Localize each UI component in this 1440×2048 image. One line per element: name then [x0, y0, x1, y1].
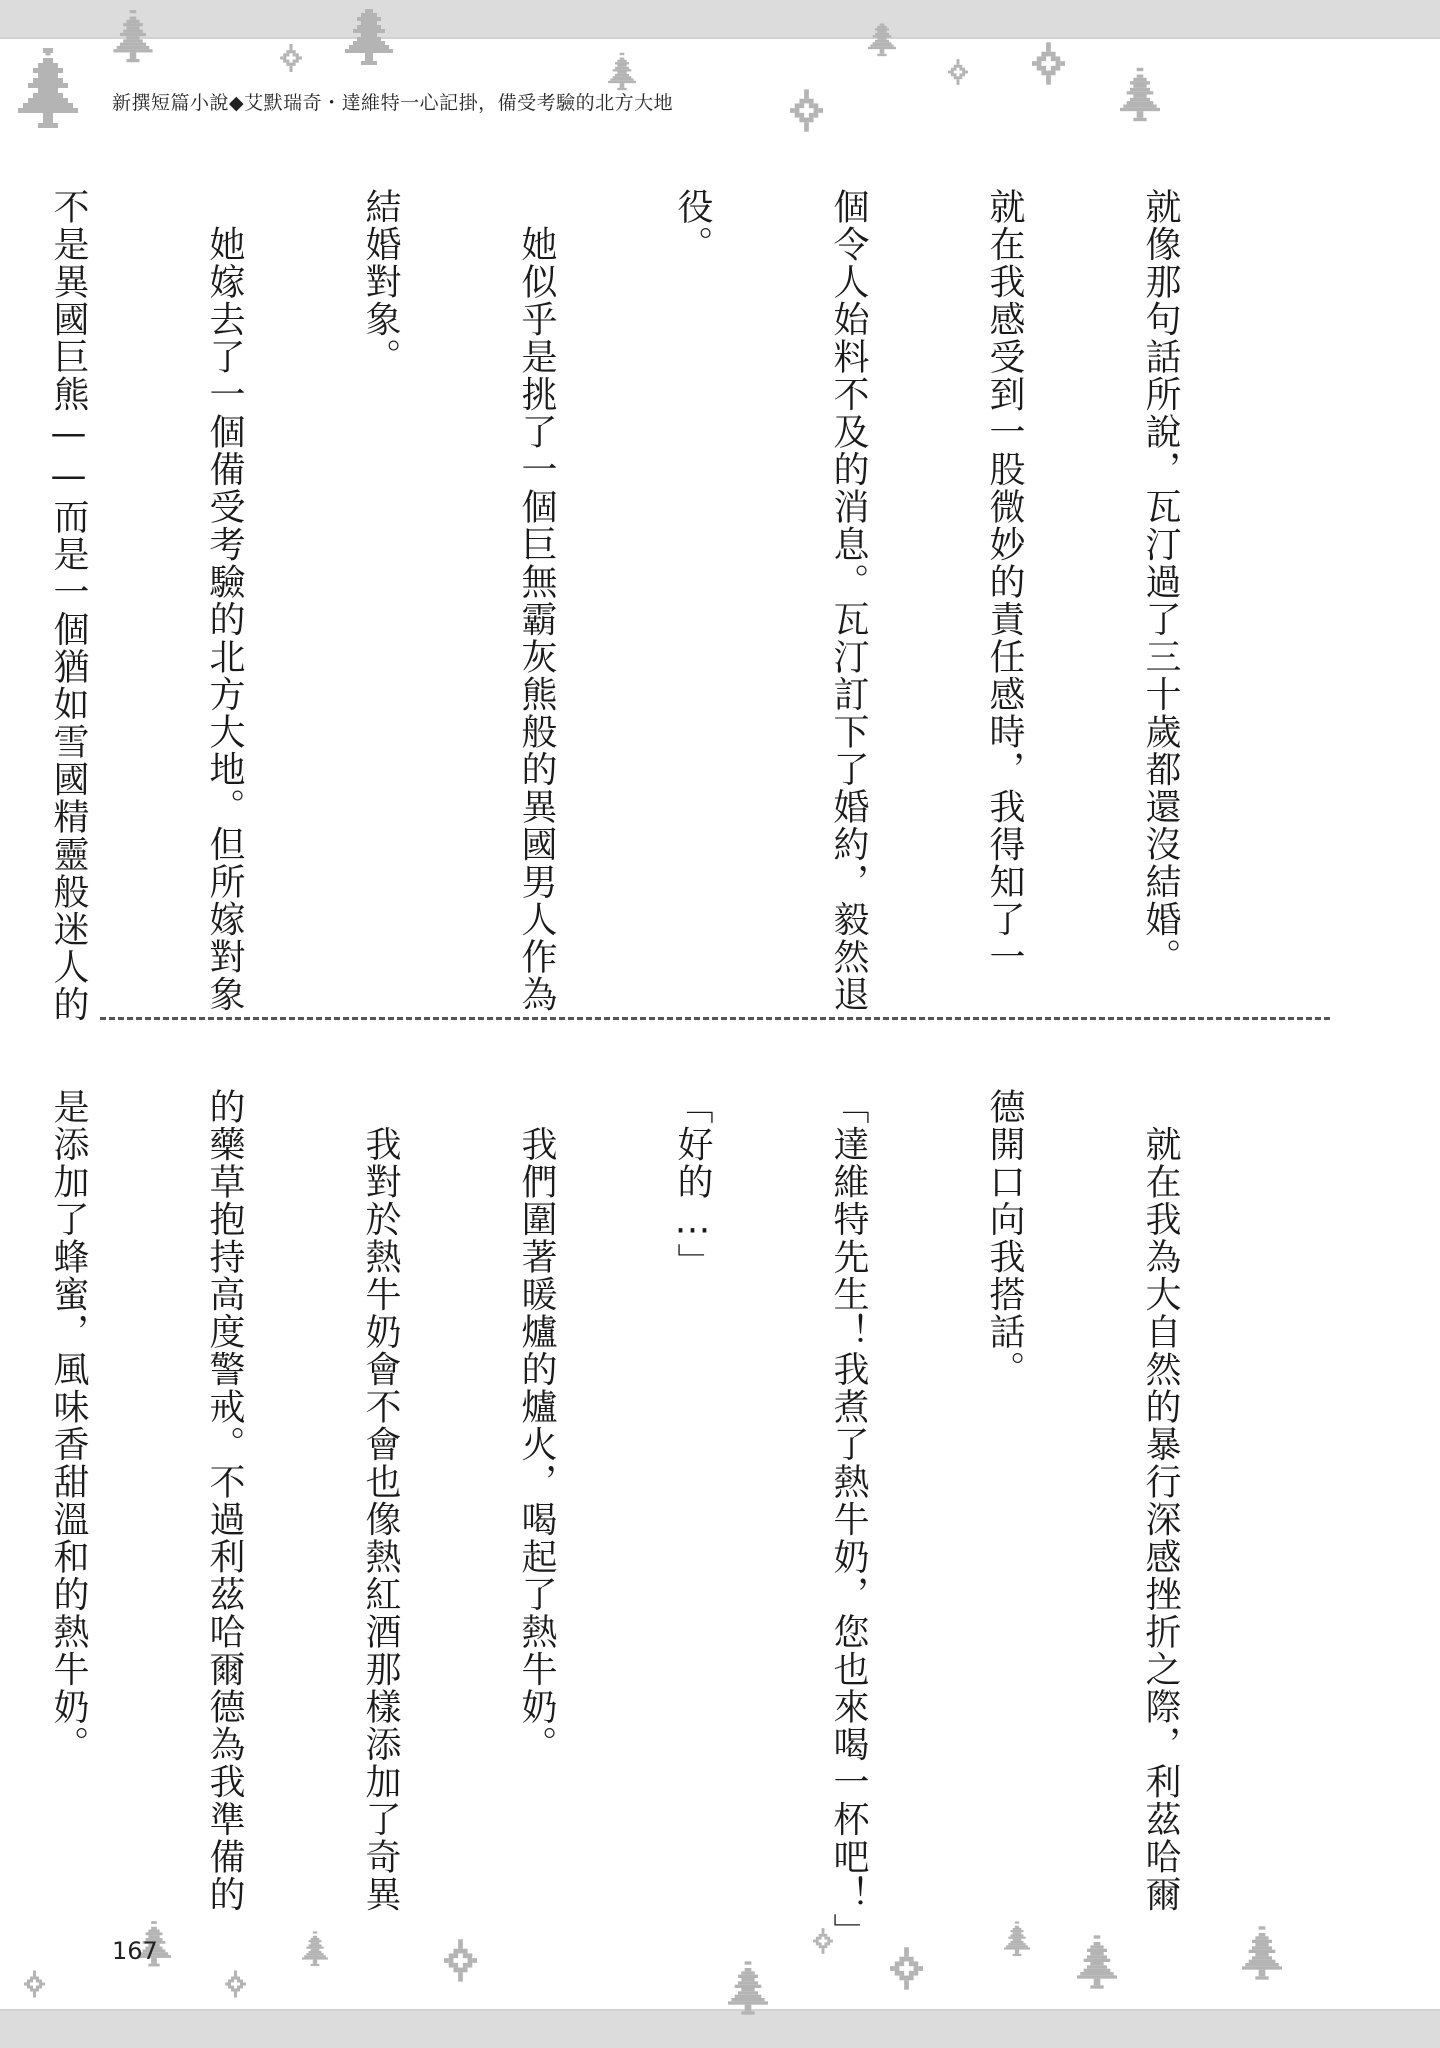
pixel-tree-icon — [345, 0, 393, 78]
pixel-snowflake-icon — [225, 1970, 246, 1998]
text-column: 她嫁去了一個備受考驗的北方大地。但所嫁對象 — [198, 188, 250, 1008]
page-number: 167 — [112, 1937, 158, 1965]
pixel-tree-icon — [728, 1943, 768, 2043]
pixel-snowflake-icon — [444, 1937, 477, 1984]
pixel-tree-icon — [18, 48, 78, 143]
text-column: 個令人始料不及的消息。瓦汀訂下了婚約，毅然退 — [822, 188, 874, 1008]
text-column: 不是異國巨熊——而是一個猶如雪國精靈般迷人的 — [42, 188, 94, 1008]
pixel-snowflake-icon — [1032, 40, 1065, 87]
pixel-snowflake-icon — [24, 1970, 45, 1998]
top-tier-text: 就像那句話所說，瓦汀過了三十歲都還沒結婚。 就在我感受到一股微妙的責任感時，我得… — [0, 188, 1290, 1008]
pixel-snowflake-icon — [790, 88, 823, 133]
text-column: 「達維特先生！我煮了熱牛奶，您也來喝一杯吧！」 — [822, 1088, 874, 1938]
pixel-tree-icon — [868, 10, 896, 72]
text-column: 役。 — [666, 188, 718, 1008]
text-column: 德開口向我搭話。 — [978, 1088, 1030, 1938]
text-column: 就像那句話所說，瓦汀過了三十歲都還沒結婚。 — [1134, 188, 1186, 1008]
tier-divider — [100, 1017, 1330, 1020]
pixel-tree-icon — [1120, 52, 1160, 147]
bottom-snow-band — [0, 2009, 1440, 2048]
text-column: 「好的…」 — [666, 1088, 718, 1938]
top-snow-band — [0, 0, 1440, 39]
pixel-tree-icon — [113, 10, 153, 72]
text-column: 結婚對象。 — [354, 188, 406, 1008]
pixel-snowflake-icon — [948, 58, 968, 86]
text-column: 我們圍著暖爐的爐火，喝起了熱牛奶。 — [510, 1088, 562, 1938]
text-column: 是添加了蜂蜜，風味香甜溫和的熱牛奶。 — [42, 1088, 94, 1938]
text-column: 她似乎是挑了一個巨無霸灰熊般的異國男人作為 — [510, 188, 562, 1008]
text-column: 就在我為大自然的暴行深感挫折之際，利茲哈爾 — [1134, 1088, 1186, 1938]
running-head: 新撰短篇小說◆艾默瑞奇・達維特一心記掛，備受考驗的北方大地 — [112, 88, 673, 115]
text-column: 就在我感受到一股微妙的責任感時，我得知了一 — [978, 188, 1030, 1008]
bottom-tier-text: 就在我為大自然的暴行深感挫折之際，利茲哈爾 德開口向我搭話。 「達維特先生！我煮… — [0, 1088, 1290, 1938]
text-column: 的藥草抱持高度警戒。不過利茲哈爾德為我準備的 — [198, 1088, 250, 1938]
pixel-snowflake-icon — [280, 44, 302, 72]
pixel-snowflake-icon — [890, 1945, 923, 1992]
text-column: 我對於熱牛奶會不會也像熱紅酒那樣添加了奇異 — [354, 1088, 406, 1938]
